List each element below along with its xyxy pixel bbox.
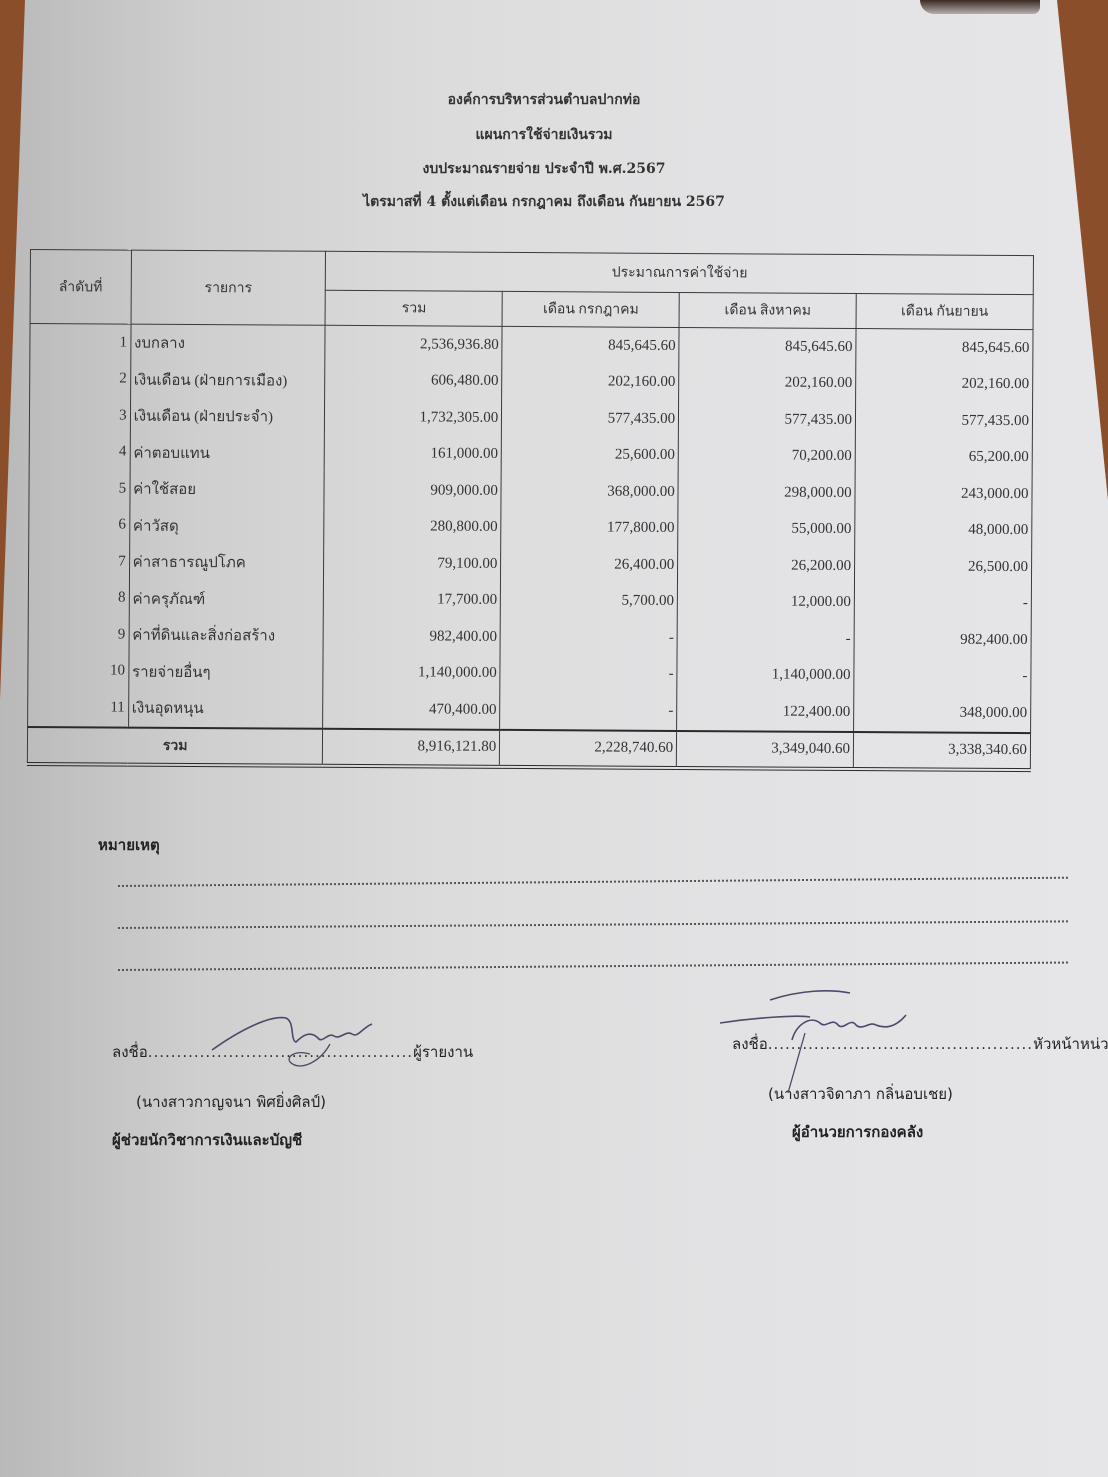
row-total: 470,400.00 — [323, 691, 500, 730]
row-item: ค่าใช้สอย — [130, 471, 325, 509]
budget-table: ลำดับที่ รายการ ประมาณการค่าใช้จ่าย รวม … — [27, 249, 1034, 772]
table-row: 2เงินเดือน (ฝ่ายการเมือง)606,480.00202,1… — [30, 361, 1033, 404]
row-number: 8 — [28, 579, 129, 616]
total-aug: 3,349,040.60 — [677, 730, 854, 768]
row-sep: 202,160.00 — [856, 366, 1033, 404]
row-aug: 1,140,000.00 — [677, 656, 854, 694]
signer-position: ผู้ช่วยนักวิชาการเงินและบัญชี — [112, 1128, 473, 1152]
row-total: 161,000.00 — [325, 435, 502, 473]
row-total: 606,480.00 — [325, 362, 502, 400]
period-title: ไตรมาสที่ 4 ตั้งแต่เดือน กรกฎาคม ถึงเดือ… — [0, 191, 1098, 213]
row-aug: 26,200.00 — [678, 547, 855, 585]
row-total: 982,400.00 — [323, 618, 500, 656]
column-header-jul: เดือน กรกฎาคม — [502, 291, 679, 327]
total-label: รวม — [27, 726, 323, 765]
row-number: 2 — [30, 361, 131, 398]
sign-line: ลงชื่อ..................................… — [112, 1040, 473, 1064]
row-number: 6 — [29, 506, 130, 543]
remarks-title: หมายเหตุ — [98, 833, 160, 857]
row-aug: 577,435.00 — [679, 401, 856, 439]
row-jul: 202,160.00 — [502, 363, 679, 401]
row-number: 9 — [28, 616, 129, 653]
row-jul: - — [500, 655, 677, 693]
row-aug: 298,000.00 — [678, 474, 855, 512]
row-item: เงินอุดหนุน — [128, 690, 323, 729]
row-item: ค่าวัสดุ — [129, 507, 324, 545]
table-body: 1งบกลาง2,536,936.80845,645.60845,645.608… — [28, 324, 1033, 733]
column-header-item: รายการ — [131, 250, 326, 325]
row-total: 17,700.00 — [324, 581, 501, 619]
row-item: ค่าครุภัณฑ์ — [129, 580, 324, 618]
row-jul: 368,000.00 — [501, 473, 678, 511]
row-item: เงินเดือน (ฝ่ายการเมือง) — [130, 361, 325, 399]
row-jul: - — [500, 619, 677, 657]
row-sep: 26,500.00 — [855, 548, 1032, 586]
row-sep: 243,000.00 — [855, 475, 1032, 513]
row-total: 79,100.00 — [324, 545, 501, 583]
row-jul: 25,600.00 — [501, 436, 678, 474]
signature-block-reporter: ลงชื่อ..................................… — [112, 1040, 473, 1152]
sign-dots: ........................................… — [148, 1043, 413, 1061]
column-header-group: ประมาณการค่าใช้จ่าย — [326, 251, 1034, 294]
row-item: ค่าที่ดินและสิ่งก่อสร้าง — [129, 617, 324, 655]
row-aug: 202,160.00 — [679, 364, 856, 402]
column-header-aug: เดือน สิงหาคม — [679, 292, 856, 328]
row-sep: 48,000.00 — [855, 512, 1032, 550]
row-number: 4 — [29, 433, 130, 470]
total-sep: 3,338,340.60 — [853, 732, 1030, 770]
row-jul: 5,700.00 — [501, 582, 678, 620]
row-item: ค่าตอบแทน — [130, 434, 325, 472]
row-jul: - — [500, 692, 677, 731]
row-aug: - — [677, 620, 854, 658]
row-sep: 982,400.00 — [854, 621, 1031, 659]
row-aug: 70,200.00 — [678, 437, 855, 475]
row-sep: - — [854, 585, 1031, 623]
shadow-object — [920, 0, 1040, 14]
row-aug: 122,400.00 — [677, 693, 854, 732]
row-jul: 577,435.00 — [502, 400, 679, 438]
plan-title: แผนการใช้จ่ายเงินรวม — [0, 124, 1098, 146]
row-number: 10 — [28, 652, 129, 689]
row-jul: 177,800.00 — [501, 509, 678, 547]
row-number: 1 — [30, 324, 131, 362]
row-aug: 12,000.00 — [677, 583, 854, 621]
row-aug: 55,000.00 — [678, 510, 855, 548]
row-total: 1,732,305.00 — [325, 399, 502, 437]
table-row: 10รายจ่ายอื่นๆ1,140,000.00-1,140,000.00- — [28, 652, 1031, 695]
row-sep: 845,645.60 — [856, 329, 1033, 367]
total-sum: 8,916,121.80 — [323, 728, 500, 766]
table-row: 8ค่าครุภัณฑ์17,700.005,700.0012,000.00- — [28, 579, 1031, 622]
signature-block-head: ลงชื่อ..................................… — [732, 1032, 1108, 1144]
table-row: 7ค่าสาธารณูปโภค79,100.0026,400.0026,200.… — [28, 543, 1031, 586]
signer-name: (นางสาวกาญจนา พิศยิ่งศิลป์) — [112, 1090, 473, 1114]
sign-dots: ........................................… — [768, 1035, 1033, 1053]
row-item: เงินเดือน (ฝ่ายประจำ) — [130, 398, 325, 436]
sign-line: ลงชื่อ..................................… — [732, 1032, 1108, 1056]
table-row: 6ค่าวัสดุ280,800.00177,800.0055,000.0048… — [29, 506, 1032, 549]
column-header-total: รวม — [325, 290, 502, 326]
sign-role: หัวหน้าหน่วยงาน — [1033, 1035, 1108, 1053]
table-row: 4ค่าตอบแทน161,000.0025,600.0070,200.0065… — [29, 433, 1032, 476]
sign-prefix: ลงชื่อ — [732, 1035, 768, 1053]
row-item: รายจ่ายอื่นๆ — [128, 653, 323, 691]
row-number: 11 — [28, 689, 129, 727]
row-sep: 577,435.00 — [855, 402, 1032, 440]
row-number: 7 — [28, 543, 129, 580]
signer-name: (นางสาวจิดาภา กลิ่นอบเชย) — [732, 1082, 1108, 1106]
budget-title: งบประมาณรายจ่าย ประจำปี พ.ศ.2567 — [0, 158, 1098, 180]
row-total: 1,140,000.00 — [323, 654, 500, 692]
row-total: 280,800.00 — [324, 508, 501, 546]
row-item: ค่าสาธารณูปโภค — [129, 544, 324, 582]
total-jul: 2,228,740.60 — [500, 729, 677, 767]
table-row: 9ค่าที่ดินและสิ่งก่อสร้าง982,400.00--982… — [28, 616, 1031, 659]
row-number: 5 — [29, 470, 130, 507]
column-header-sep: เดือน กันยายน — [856, 294, 1033, 330]
row-sep: - — [854, 658, 1031, 696]
table-row: 3เงินเดือน (ฝ่ายประจำ)1,732,305.00577,43… — [29, 397, 1032, 440]
row-number: 3 — [29, 397, 130, 434]
sign-role: ผู้รายงาน — [413, 1043, 473, 1061]
row-jul: 845,645.60 — [502, 326, 679, 364]
column-header-seq: ลำดับที่ — [30, 250, 131, 325]
row-aug: 845,645.60 — [679, 327, 856, 365]
signer-position: ผู้อำนวยการกองคลัง — [732, 1120, 1108, 1144]
total-row: รวม 8,916,121.80 2,228,740.60 3,349,040.… — [27, 726, 1030, 769]
sign-prefix: ลงชื่อ — [112, 1043, 148, 1061]
table-row: 5ค่าใช้สอย909,000.00368,000.00298,000.00… — [29, 470, 1032, 513]
row-total: 909,000.00 — [324, 472, 501, 510]
table-row: 1งบกลาง2,536,936.80845,645.60845,645.608… — [30, 324, 1033, 367]
row-sep: 65,200.00 — [855, 439, 1032, 477]
row-sep: 348,000.00 — [854, 694, 1031, 733]
row-jul: 26,400.00 — [501, 546, 678, 584]
row-item: งบกลาง — [130, 324, 325, 362]
row-total: 2,536,936.80 — [325, 325, 502, 363]
table-row: 11เงินอุดหนุน470,400.00-122,400.00348,00… — [28, 689, 1031, 733]
organization-name: องค์การบริหารส่วนตำบลปากท่อ — [0, 89, 1098, 111]
